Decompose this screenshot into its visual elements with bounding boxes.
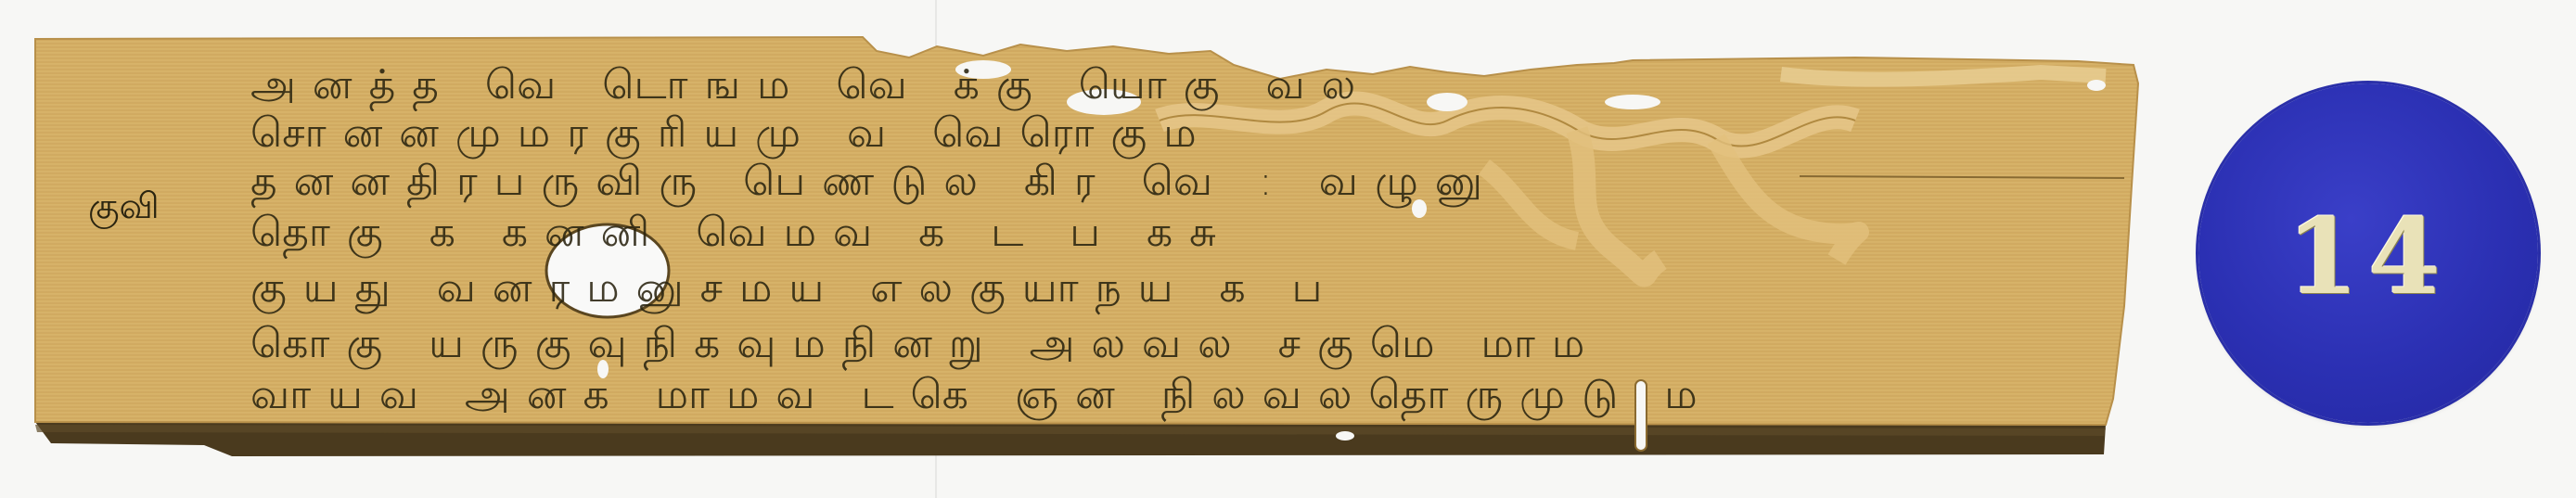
manuscript-line-4: தொகு க கனனி வெமவ க ட ப கசு	[250, 209, 1233, 262]
manuscript-line-1: அனத்த வெ டொஙம வெ க்கு யொகு வல	[250, 61, 1372, 114]
margin-annotation: குவி	[88, 185, 160, 232]
manuscript-line-7: வாயவ அனக மாமவ டகெ ஞன நிலவலதொருமுடு ம	[250, 371, 1714, 424]
manuscript-line-5: குயது வனரமனுசமய எலகுயாநய க ப	[250, 264, 1339, 317]
folio-number: 14	[2287, 197, 2450, 318]
folio-number-tag: 14	[2198, 83, 2538, 423]
manuscript-line-2: சொனனமுமரகுரியமு வ வெரொகும	[250, 109, 1213, 162]
palm-leaf: குவி அனத்த வெ டொஙம வெ க்கு யொகு வல சொனனம…	[0, 0, 2226, 498]
manuscript-line-6: கொகு யருகுவுநிகவுமநினறு அலவல சகுமெ மாம	[250, 320, 1601, 373]
manuscript-line-3: தனனதிரபருவிரு பெணடுல கிர வெ : வழுனு	[250, 158, 1499, 211]
